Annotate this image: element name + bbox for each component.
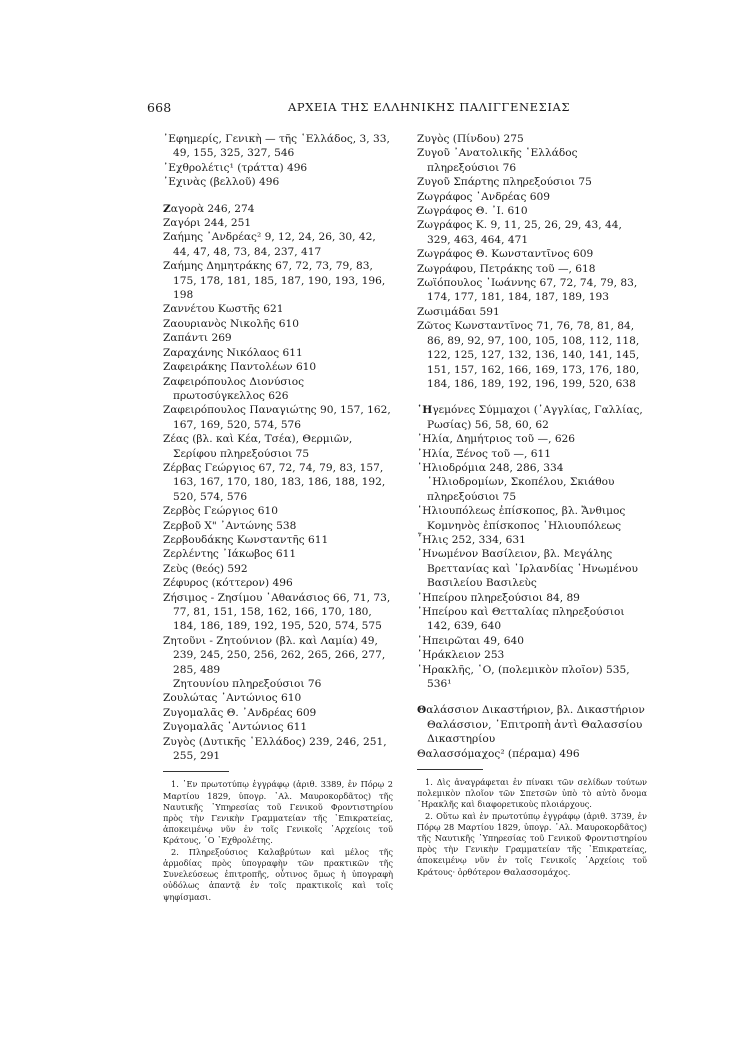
index-entry: ᾿Εχθρολέτις¹ (τράττα) 496 bbox=[163, 161, 393, 175]
index-entry: ᾿Εφημερίς, Γενικὴ — τῆς ῾Ελλάδος, 3, 33,… bbox=[163, 132, 393, 161]
footnote-divider bbox=[417, 769, 483, 770]
index-entry: Ζερβὸς Γεώργιος 610 bbox=[163, 504, 393, 518]
index-entry: ῾Ηνωμένον Βασίλειον, βλ. Μεγάλης Βρετταν… bbox=[417, 547, 647, 590]
index-entry: Ζητουνίου πληρεξούσιοι 76 bbox=[163, 677, 393, 691]
index-entry: Ζεὺς (θεός) 592 bbox=[163, 562, 393, 576]
index-entry: Ζέρβας Γεώργιος 67, 72, 74, 79, 83, 157,… bbox=[163, 461, 393, 504]
index-entry-lead: Θαλάσσιον Δικαστήριον, βλ. Δικαστήριον Θ… bbox=[417, 703, 647, 746]
footnote: 2. Οὕτω καὶ ἐν πρωτοτύπῳ ἐγγράφῳ (ἀριθ. … bbox=[417, 811, 647, 878]
index-entry: Ζυγομαλᾶς Θ. ᾿Ανδρέας 609 bbox=[163, 706, 393, 720]
page-header: 668 ΑΡΧΕΙΑ ΤΗΣ ΕΛΛΗΝΙΚΗΣ ΠΑΛΙΓΓΕΝΕΣΙΑΣ bbox=[147, 100, 647, 116]
index-entry: Ζερλέντης ᾿Ιάκωβος 611 bbox=[163, 547, 393, 561]
index-group-epsilon: ᾿Εφημερίς, Γενικὴ — τῆς ῾Ελλάδος, 3, 33,… bbox=[163, 132, 393, 190]
running-title: ΑΡΧΕΙΑ ΤΗΣ ΕΛΛΗΝΙΚΗΣ ΠΑΛΙΓΓΕΝΕΣΙΑΣ bbox=[288, 100, 570, 114]
index-entry: ᾿Ηπείρου πληρεξούσιοι 84, 89 bbox=[417, 591, 647, 605]
index-entry: ᾿Εχινὰς (βελλοῦ) 496 bbox=[163, 175, 393, 189]
index-entry: Ζυγοῦ ᾿Ανατολικῆς ῾Ελλάδος πληρεξούσιοι … bbox=[417, 146, 647, 175]
index-entry: Ζωγράφος ᾿Ανδρέας 609 bbox=[417, 190, 647, 204]
index-group-theta: Θαλασσόμαχος² (πέραμα) 496 bbox=[417, 747, 647, 761]
index-entry: ῏Ηλις 252, 334, 631 bbox=[417, 533, 647, 547]
index-entry: Ζαραχάνης Νικόλαος 611 bbox=[163, 346, 393, 360]
footnote: 1. Δὶς ἀναγράφεται ἐν πίνακι τῶν σελίδων… bbox=[417, 777, 647, 811]
index-entry: Ζαουριανὸς Νικολῆς 610 bbox=[163, 317, 393, 331]
index-entry: Ζυγομαλᾶς ᾿Αντώνιος 611 bbox=[163, 720, 393, 734]
index-entry: ᾿Ηλία, Δημήτριος τοῦ —, 626 bbox=[417, 432, 647, 446]
index-entry: Ζυγὸς (Πίνδου) 275 bbox=[417, 132, 647, 146]
index-entry: Ζαπάντι 269 bbox=[163, 331, 393, 345]
index-entry-lead: ῾Ηγεμόνες Σύμμαχοι (᾿Αγγλίας, Γαλλίας, Ρ… bbox=[417, 403, 647, 432]
page-number: 668 bbox=[147, 100, 171, 115]
index-entry: Ζαφειράκης Παντολέων 610 bbox=[163, 360, 393, 374]
index-entry: Ζωγράφος Θ. Κωνσταντῖνος 609 bbox=[417, 247, 647, 261]
index-entry: Ζαφειρόπουλος Διονύσιος πρωτοσύγκελλος 6… bbox=[163, 375, 393, 404]
index-entry: ῾Ηλιοδρομίων, Σκοπέλου, Σκιάθου πληρεξού… bbox=[417, 475, 647, 504]
index-entry: ᾿Ηπειρῶται 49, 640 bbox=[417, 634, 647, 648]
index-entry: Ζῶτος Κωνσταντῖνος 71, 76, 78, 81, 84, 8… bbox=[417, 319, 647, 391]
index-entry: ῾Ηράκλειον 253 bbox=[417, 648, 647, 662]
index-entry: Ζυγὸς (Δυτικῆς ῾Ελλάδος) 239, 246, 251, … bbox=[163, 735, 393, 764]
footnotes: 1. ᾿Εν πρωτοτύπῳ ἐγγράφῳ (ἀριθ. 3389, ἐν… bbox=[163, 779, 393, 902]
index-entry: Ζωγράφος Θ. ᾿Ι. 610 bbox=[417, 204, 647, 218]
index-entry: Ζυγοῦ Σπάρτης πληρεξούσιοι 75 bbox=[417, 175, 647, 189]
right-column: Ζυγὸς (Πίνδου) 275Ζυγοῦ ᾿Ανατολικῆς ῾Ελλ… bbox=[417, 132, 647, 878]
index-entry: Ζερβοῦ Χ" ᾿Αντώνης 538 bbox=[163, 519, 393, 533]
index-entry: Ζέφυρος (κόττερον) 496 bbox=[163, 576, 393, 590]
index-group-zeta: Ζαγόρι 244, 251Ζαήμης ᾿Ανδρέας² 9, 12, 2… bbox=[163, 216, 393, 763]
index-entry-lead: Ζαγορὰ 246, 274 bbox=[163, 202, 393, 216]
footnote: 1. ᾿Εν πρωτοτύπῳ ἐγγράφῳ (ἀριθ. 3389, ἐν… bbox=[163, 779, 393, 846]
index-entry: ᾿Ηπείρου καὶ Θετταλίας πληρεξούσιοι 142,… bbox=[417, 605, 647, 634]
index-group-zeta-cont: Ζυγὸς (Πίνδου) 275Ζυγοῦ ᾿Ανατολικῆς ῾Ελλ… bbox=[417, 132, 647, 391]
index-entry: Ζέας (βλ. καὶ Κέα, Τσέα), Θερμιῶν, Σερίφ… bbox=[163, 432, 393, 461]
index-entry: Ζαήμης ᾿Ανδρέας² 9, 12, 24, 26, 30, 42, … bbox=[163, 230, 393, 259]
index-entry: ῾Ηρακλῆς, ῾Ο, (πολεμικὸν πλοῖον) 535, 53… bbox=[417, 663, 647, 692]
index-entry: Ζωϊόπουλος ᾿Ιωάννης 67, 72, 74, 79, 83, … bbox=[417, 276, 647, 305]
index-entry: Ζαήμης Δημητράκης 67, 72, 73, 79, 83, 17… bbox=[163, 259, 393, 302]
index-entry: Ζαφειρόπουλος Παναγιώτης 90, 157, 162, 1… bbox=[163, 403, 393, 432]
index-entry: ᾿Ηλία, Ξένος τοῦ —, 611 bbox=[417, 447, 647, 461]
left-column: ᾿Εφημερίς, Γενικὴ — τῆς ῾Ελλάδος, 3, 33,… bbox=[163, 132, 393, 903]
index-entry: ῾Ηλιουπόλεως ἐπίσκοπος, βλ. Ἄνθιμος Κομν… bbox=[417, 504, 647, 533]
index-entry: ῾Ηλιοδρόμια 248, 286, 334 bbox=[417, 461, 647, 475]
footnote: 2. Πληρεξούσιος Καλαβρύτων καὶ μέλος τῆς… bbox=[163, 847, 393, 903]
index-entry: Ζερβουδάκης Κωνσταντῆς 611 bbox=[163, 533, 393, 547]
footnote-divider bbox=[163, 771, 229, 772]
index-entry: Ζήσιμος - Ζησίμου ᾿Αθανάσιος 66, 71, 73,… bbox=[163, 591, 393, 634]
index-entry: Ζητοῦνι - Ζητούνιον (βλ. καὶ Λαμία) 49, … bbox=[163, 634, 393, 677]
index-group-eta: ᾿Ηλία, Δημήτριος τοῦ —, 626᾿Ηλία, Ξένος … bbox=[417, 432, 647, 691]
index-entry: Ζαγόρι 244, 251 bbox=[163, 216, 393, 230]
index-entry: Ζωγράφου, Πετράκης τοῦ —, 618 bbox=[417, 262, 647, 276]
index-entry: Ζαννέτου Κωστῆς 621 bbox=[163, 302, 393, 316]
index-entry: Θαλασσόμαχος² (πέραμα) 496 bbox=[417, 747, 647, 761]
footnotes: 1. Δὶς ἀναγράφεται ἐν πίνακι τῶν σελίδων… bbox=[417, 777, 647, 878]
index-entry: Ζουλώτας ᾿Αντώνιος 610 bbox=[163, 691, 393, 705]
index-entry: Ζωσιμάδαι 591 bbox=[417, 305, 647, 319]
index-entry: Ζωγράφος Κ. 9, 11, 25, 26, 29, 43, 44, 3… bbox=[417, 218, 647, 247]
